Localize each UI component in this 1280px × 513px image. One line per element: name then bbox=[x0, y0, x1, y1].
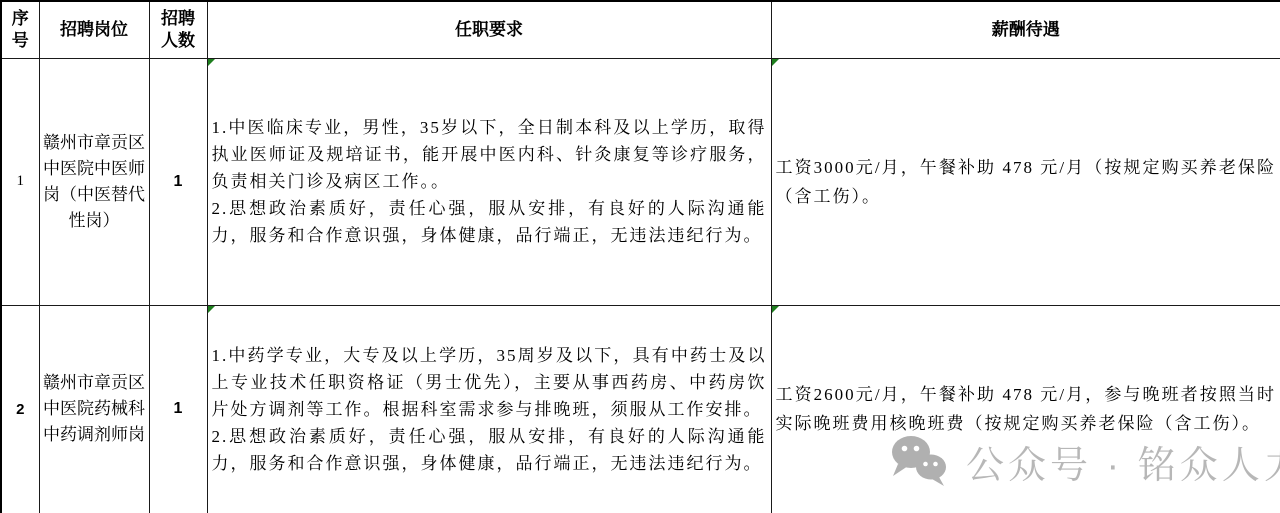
row1-salary: 工资3000元/月，午餐补助 478 元/月（按规定购买养老保险（含工伤）。 bbox=[771, 58, 1280, 305]
header-requirements: 任职要求 bbox=[207, 1, 771, 58]
header-index: 序号 bbox=[1, 1, 39, 58]
table-row: 2 赣州市章贡区中医院药械科中药调剂师岗 1 1.中药学专业，大专及以上学历，3… bbox=[1, 305, 1280, 513]
header-salary: 薪酬待遇 bbox=[771, 1, 1280, 58]
row1-index: 1 bbox=[1, 58, 39, 305]
row2-requirements: 1.中药学专业，大专及以上学历，35周岁及以下，具有中药士及以上专业技术任职资格… bbox=[207, 305, 771, 513]
requirements-paragraph: 1.中医临床专业，男性，35岁以下，全日制本科及以上学历，取得执业医师证及规培证… bbox=[212, 114, 767, 195]
recruitment-table-page: 序号 招聘岗位 招聘人数 任职要求 薪酬待遇 1 赣州市章贡区中医院中医师岗（中… bbox=[0, 0, 1280, 513]
recruitment-table: 序号 招聘岗位 招聘人数 任职要求 薪酬待遇 1 赣州市章贡区中医院中医师岗（中… bbox=[0, 0, 1280, 513]
cell-error-marker-icon bbox=[208, 59, 215, 66]
table-row: 1 赣州市章贡区中医院中医师岗（中医替代性岗） 1 1.中医临床专业，男性，35… bbox=[1, 58, 1280, 305]
cell-error-marker-icon bbox=[772, 59, 779, 66]
table-header-row: 序号 招聘岗位 招聘人数 任职要求 薪酬待遇 bbox=[1, 1, 1280, 58]
row2-salary: 工资2600元/月，午餐补助 478 元/月，参与晚班者按照当时实际晚班费用核晚… bbox=[771, 305, 1280, 513]
salary-paragraph: 工资3000元/月，午餐补助 478 元/月（按规定购买养老保险（含工伤）。 bbox=[776, 153, 1277, 211]
row2-headcount: 1 bbox=[149, 305, 207, 513]
header-position: 招聘岗位 bbox=[39, 1, 149, 58]
requirements-paragraph: 1.中药学专业，大专及以上学历，35周岁及以下，具有中药士及以上专业技术任职资格… bbox=[212, 342, 767, 423]
cell-error-marker-icon bbox=[208, 306, 215, 313]
requirements-paragraph: 2.思想政治素质好，责任心强，服从安排，有良好的人际沟通能力，服务和合作意识强，… bbox=[212, 195, 767, 249]
salary-paragraph: 工资2600元/月，午餐补助 478 元/月，参与晚班者按照当时实际晚班费用核晚… bbox=[776, 380, 1277, 438]
row2-position: 赣州市章贡区中医院药械科中药调剂师岗 bbox=[39, 305, 149, 513]
row1-position: 赣州市章贡区中医院中医师岗（中医替代性岗） bbox=[39, 58, 149, 305]
requirements-paragraph: 2.思想政治素质好，责任心强，服从安排，有良好的人际沟通能力，服务和合作意识强，… bbox=[212, 423, 767, 477]
cell-error-marker-icon bbox=[772, 306, 779, 313]
row1-headcount: 1 bbox=[149, 58, 207, 305]
header-headcount: 招聘人数 bbox=[149, 1, 207, 58]
row2-index: 2 bbox=[1, 305, 39, 513]
row1-requirements: 1.中医临床专业，男性，35岁以下，全日制本科及以上学历，取得执业医师证及规培证… bbox=[207, 58, 771, 305]
